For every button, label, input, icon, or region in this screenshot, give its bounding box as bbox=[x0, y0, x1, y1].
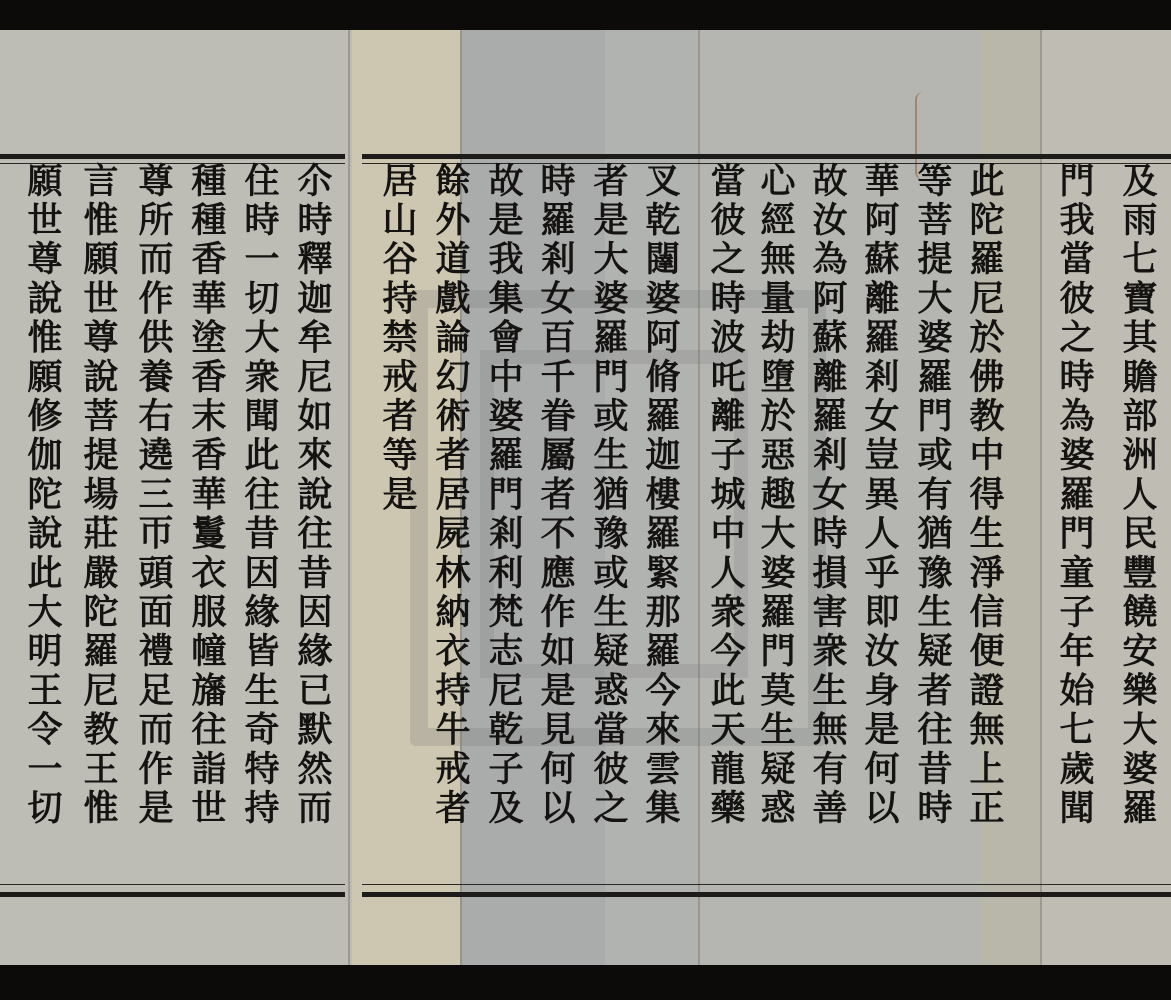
bottom-border-rule-left bbox=[0, 892, 345, 897]
text-column: 者是大婆羅門或生猶豫或生疑惑當彼之 bbox=[586, 162, 630, 828]
text-column: 住時一切大衆聞此往昔因緣皆生奇特持 bbox=[237, 162, 281, 828]
text-column: 華阿蘇離羅剎女豈異人乎即汝身是何以 bbox=[857, 162, 901, 828]
text-column: 尒時釋迦牟尼如來說往昔因緣已默然而 bbox=[290, 162, 334, 828]
top-border-rule-right bbox=[362, 154, 1171, 159]
text-column: 此陀羅尼於佛教中得生淨信便證無上正 bbox=[962, 162, 1006, 828]
text-column: 故汝為阿蘇離羅剎女時損害衆生無有善 bbox=[805, 162, 849, 828]
text-column: 種種香華塗香末香華鬘衣服幢旛往詣世 bbox=[184, 162, 228, 828]
text-column: 居山谷持禁戒者等是 bbox=[375, 162, 419, 515]
text-column: 時羅剎女百千眷屬者不應作如是見何以 bbox=[533, 162, 577, 828]
text-column: 尊所而作供養右遶三帀頭面禮足而作是 bbox=[131, 162, 175, 828]
page-fold-line bbox=[1040, 30, 1042, 965]
bottom-border-rule-right bbox=[362, 892, 1171, 897]
text-column: 言惟願世尊說菩提場莊嚴陀羅尼教王惟 bbox=[76, 162, 120, 828]
text-column: 心經無量劫墮於惡趣大婆羅門莫生疑惑 bbox=[753, 162, 797, 828]
text-column: 叉乾闥婆阿脩羅迦樓羅緊那羅今來雲集 bbox=[638, 162, 682, 828]
text-column: 等菩提大婆羅門或有猶豫生疑者往昔時 bbox=[910, 162, 954, 828]
text-column: 當彼之時波吒離子城中人衆今此天龍藥 bbox=[703, 162, 747, 828]
text-column: 故是我集會中婆羅門剎利梵志尼乾子及 bbox=[481, 162, 525, 828]
text-column: 及雨七寶其贍部洲人民豐饒安樂大婆羅 bbox=[1115, 162, 1159, 828]
page-fold-line bbox=[348, 30, 350, 965]
text-column: 餘外道戲論幻術者居屍林納衣持牛戒者 bbox=[428, 162, 472, 828]
top-border-rule-left bbox=[0, 154, 345, 159]
text-column: 願世尊說惟願修伽陀說此大明王令一切 bbox=[20, 162, 64, 828]
text-column: 門我當彼之時為婆羅門童子年始七歲聞 bbox=[1052, 162, 1096, 828]
